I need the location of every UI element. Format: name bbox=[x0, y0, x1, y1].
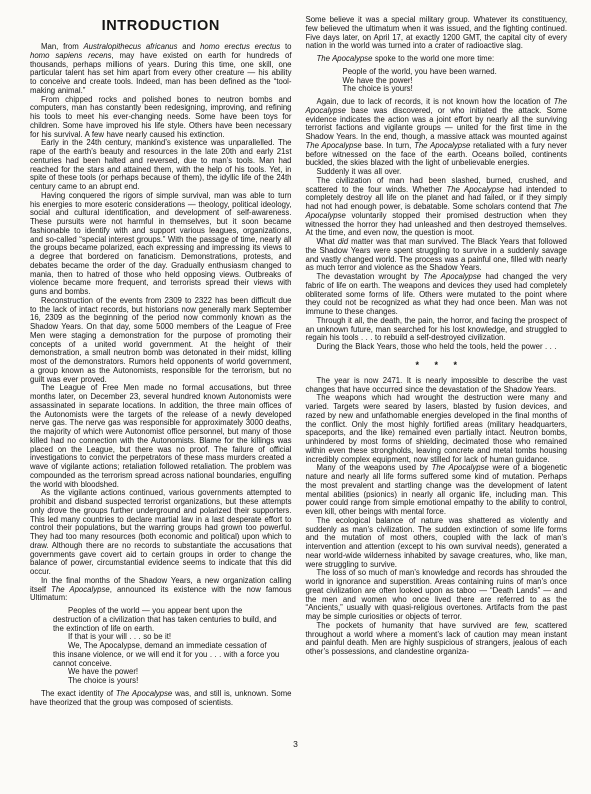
page-title: INTRODUCTION bbox=[30, 18, 292, 34]
paragraph: The ecological balance of nature was sha… bbox=[306, 517, 568, 570]
paragraph: The devastation wrought by The Apocalyps… bbox=[306, 273, 568, 317]
paragraph: The League of Free Men made no formal ac… bbox=[30, 384, 292, 489]
paragraph: The year is now 2471. It is nearly impos… bbox=[306, 377, 568, 395]
document-page: INTRODUCTION Man, from Australopithecus … bbox=[0, 0, 591, 794]
asterisk-separator: * * * bbox=[306, 361, 568, 370]
paragraph: The pockets of humanity that have surviv… bbox=[306, 622, 568, 657]
two-column-layout: INTRODUCTION Man, from Australopithecus … bbox=[0, 0, 591, 707]
ultimatum-quote: Peoples of the world — you appear bent u… bbox=[53, 607, 280, 686]
paragraph: Through it all, the death, the pain, the… bbox=[306, 317, 568, 343]
page-number: 3 bbox=[0, 739, 591, 749]
paragraph: Many of the weapons used by The Apocalyp… bbox=[306, 464, 568, 517]
paragraph: The weapons which had wrought the destru… bbox=[306, 394, 568, 464]
paragraph: What did matter was that man survived. T… bbox=[306, 238, 568, 273]
paragraph: Again, due to lack of records, it is not… bbox=[306, 98, 568, 168]
left-column: INTRODUCTION Man, from Australopithecus … bbox=[30, 16, 292, 707]
paragraph: Some believe it was a special military g… bbox=[306, 16, 568, 51]
warning-quote: People of the world, you have been warne… bbox=[338, 68, 568, 94]
paragraph: During the Black Years, those who held t… bbox=[306, 343, 568, 352]
quote-line: The choice is yours! bbox=[338, 85, 568, 94]
paragraph: The civilization of man had been slashed… bbox=[306, 177, 568, 238]
paragraph: Early in the 24th century, mankind’s exi… bbox=[30, 139, 292, 192]
right-column: Some believe it was a special military g… bbox=[306, 16, 568, 657]
quote-line: Peoples of the world — you appear bent u… bbox=[53, 607, 280, 633]
quote-intro: The Apocalypse spoke to the world one mo… bbox=[306, 55, 568, 64]
paragraph: The loss of so much of man’s knowledge a… bbox=[306, 569, 568, 622]
paragraph: The exact identity of The Apocalypse was… bbox=[30, 690, 292, 708]
paragraph: From chipped rocks and polished bones to… bbox=[30, 96, 292, 140]
quote-line: The choice is yours! bbox=[53, 677, 280, 686]
paragraph: Having conquered the rigors of simple su… bbox=[30, 192, 292, 297]
paragraph: In the final months of the Shadow Years,… bbox=[30, 577, 292, 603]
quote-line: We, The Apocalypse, demand an immediate … bbox=[53, 642, 280, 668]
paragraph: Reconstruction of the events from 2309 t… bbox=[30, 297, 292, 385]
paragraph: Man, from Australopithecus africanus and… bbox=[30, 43, 292, 96]
paragraph: As the vigilante actions continued, vari… bbox=[30, 489, 292, 577]
